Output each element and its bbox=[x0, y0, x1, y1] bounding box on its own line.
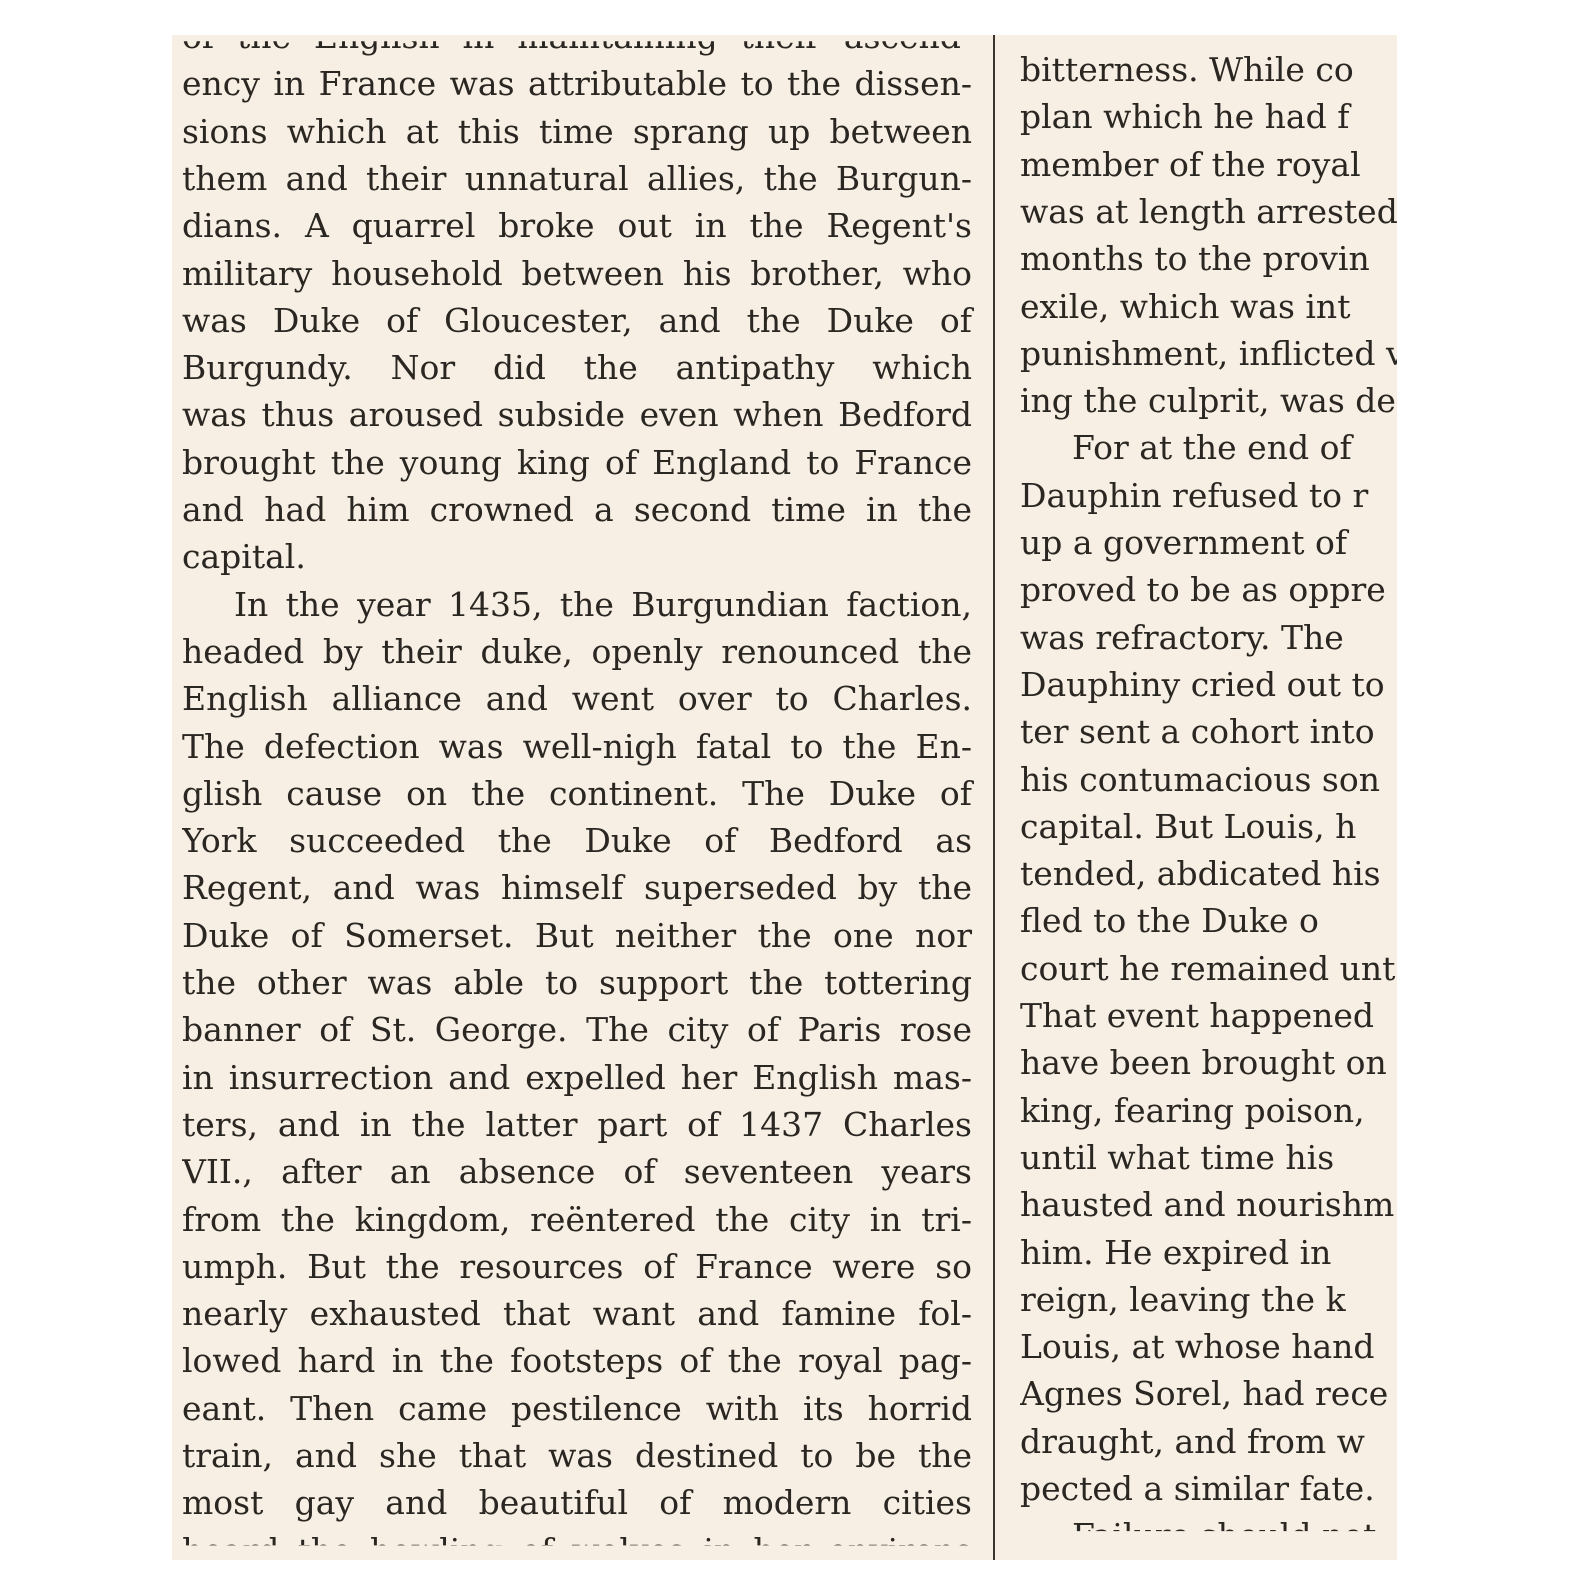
text-line: in insurrection and expelled her English… bbox=[182, 1054, 972, 1101]
text-line: Duke of Somerset. But neither the one no… bbox=[182, 912, 972, 959]
text-line: dians. A quarrel broke out in the Regent… bbox=[182, 202, 972, 249]
text-line: English alliance and went over to Charle… bbox=[182, 675, 972, 722]
text-line: fled to the Duke o bbox=[1020, 897, 1397, 944]
text-line: heard the howling of wolves in her envir… bbox=[182, 1527, 972, 1560]
text-line: Agnes Sorel, had rece bbox=[1020, 1370, 1397, 1417]
right-text-column: bitterness. While coplan which he had fm… bbox=[1020, 35, 1397, 1560]
text-line: The defection was well-nigh fatal to the… bbox=[182, 723, 972, 770]
text-line: court he remained unt bbox=[1020, 945, 1397, 992]
text-line: most gay and beautiful of modern cities bbox=[182, 1479, 972, 1526]
text-line: months to the provin bbox=[1020, 235, 1397, 282]
text-line: Burgundy. Nor did the antipathy which bbox=[182, 344, 972, 391]
text-line: In the year 1435, the Burgundian faction… bbox=[182, 581, 972, 628]
text-line: headed by their duke, openly renounced t… bbox=[182, 628, 972, 675]
text-line: was thus aroused subside even when Bedfo… bbox=[182, 391, 972, 438]
text-line: nearly exhausted that want and famine fo… bbox=[182, 1290, 972, 1337]
text-line: member of the royal bbox=[1020, 141, 1397, 188]
text-line: was at length arrested bbox=[1020, 188, 1397, 235]
text-line: hausted and nourishm bbox=[1020, 1181, 1397, 1228]
text-line: exile, which was int bbox=[1020, 283, 1397, 330]
text-line: VII., after an absence of seventeen year… bbox=[182, 1148, 972, 1195]
text-line: him. He expired in bbox=[1020, 1229, 1397, 1276]
text-line: eant. Then came pestilence with its horr… bbox=[182, 1385, 972, 1432]
text-line: banner of St. George. The city of Paris … bbox=[182, 1006, 972, 1053]
text-line: the other was able to support the totter… bbox=[182, 959, 972, 1006]
text-line: from the kingdom, reëntered the city in … bbox=[182, 1196, 972, 1243]
left-text-column: of the English in maintaining their asce… bbox=[182, 35, 977, 1560]
column-divider-rule bbox=[993, 35, 995, 1560]
text-line: capital. bbox=[182, 533, 972, 580]
text-line: Failure should not bbox=[1020, 1512, 1397, 1559]
text-line: ing the culprit, was de bbox=[1020, 377, 1397, 424]
text-line: draught, and from w bbox=[1020, 1418, 1397, 1465]
text-line: ency in France was attributable to the d… bbox=[182, 60, 972, 107]
text-line: umph. But the resources of France were s… bbox=[182, 1243, 972, 1290]
text-line: sions which at this time sprang up betwe… bbox=[182, 108, 972, 155]
text-line: Louis, at whose hand bbox=[1020, 1323, 1397, 1370]
text-line: York succeeded the Duke of Bedford as bbox=[182, 817, 972, 864]
text-line: until what time his bbox=[1020, 1134, 1397, 1181]
text-line: lowed hard in the footsteps of the royal… bbox=[182, 1337, 972, 1384]
text-line: have been brought on bbox=[1020, 1039, 1397, 1086]
text-line: proved to be as oppre bbox=[1020, 566, 1397, 613]
text-line: reign, leaving the k bbox=[1020, 1276, 1397, 1323]
text-line: punishment, inflicted v bbox=[1020, 330, 1397, 377]
text-line: Dauphiny cried out to bbox=[1020, 661, 1397, 708]
text-line: That event happened bbox=[1020, 992, 1397, 1039]
text-line: tended, abdicated his bbox=[1020, 850, 1397, 897]
text-line: his contumacious son bbox=[1020, 756, 1397, 803]
text-line: Dauphin refused to r bbox=[1020, 472, 1397, 519]
text-line: king, fearing poison, bbox=[1020, 1087, 1397, 1134]
text-line: train, and she that was destined to be t… bbox=[182, 1432, 972, 1479]
text-line: was refractory. The bbox=[1020, 614, 1397, 661]
text-line: ters, and in the latter part of 1437 Cha… bbox=[182, 1101, 972, 1148]
text-line: pected a similar fate. bbox=[1020, 1465, 1397, 1512]
text-line: up a government of bbox=[1020, 519, 1397, 566]
text-line: capital. But Louis, h bbox=[1020, 803, 1397, 850]
text-line: military household between his brother, … bbox=[182, 250, 972, 297]
text-line: bitterness. While co bbox=[1020, 46, 1397, 93]
text-line: For at the end of bbox=[1020, 424, 1397, 471]
text-line: of the English in maintaining their asce… bbox=[182, 35, 972, 60]
text-line: Regent, and was himself superseded by th… bbox=[182, 864, 972, 911]
scanned-page: of the English in maintaining their asce… bbox=[172, 35, 1397, 1560]
text-line: brought the young king of England to Fra… bbox=[182, 439, 972, 486]
text-line: them and their unnatural allies, the Bur… bbox=[182, 155, 972, 202]
text-line: plan which he had f bbox=[1020, 93, 1397, 140]
text-line: was Duke of Gloucester, and the Duke of bbox=[182, 297, 972, 344]
text-line: glish cause on the continent. The Duke o… bbox=[182, 770, 972, 817]
text-line: ter sent a cohort into bbox=[1020, 708, 1397, 755]
text-line: and had him crowned a second time in the bbox=[182, 486, 972, 533]
